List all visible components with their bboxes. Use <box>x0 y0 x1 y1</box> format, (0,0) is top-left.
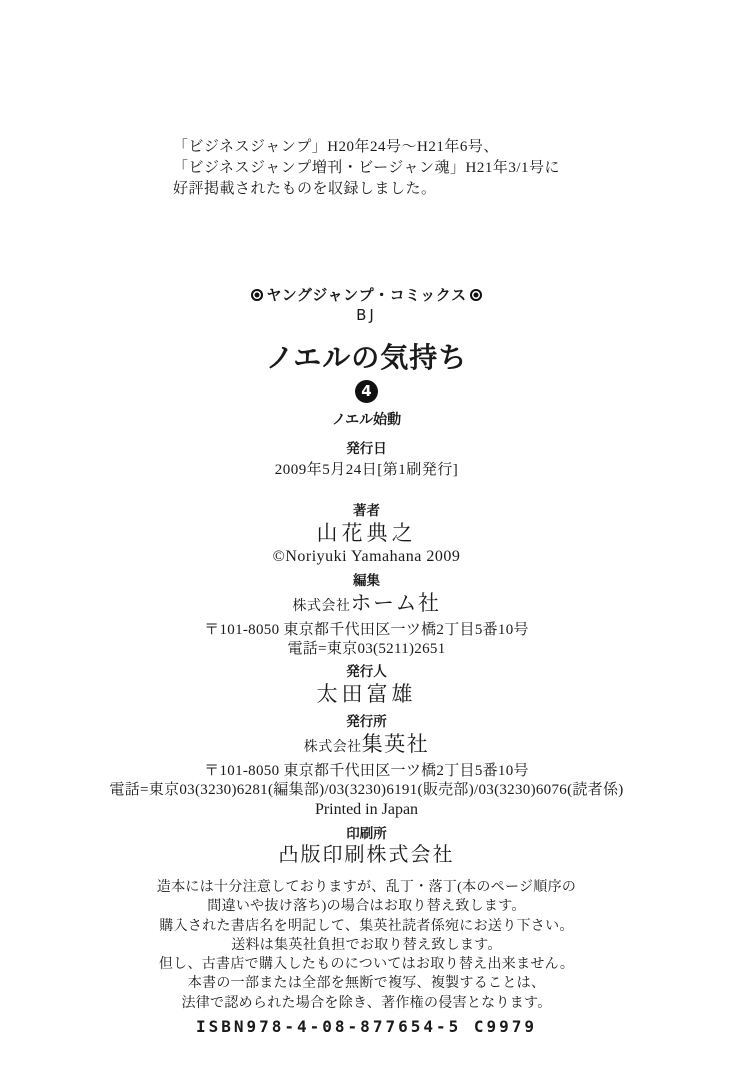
publisher-label: 発行所 <box>0 714 733 730</box>
publisher-company: 株式会社集英社 <box>0 730 733 762</box>
copyright-line: ©Noriyuki Yamahana 2009 <box>0 547 733 567</box>
author-label: 著者 <box>0 503 733 519</box>
serialization-note-line: 「ビジネスジャンプ増刊・ビージャン魂」H21年3/1号に <box>173 158 560 179</box>
author-name: 山花典之 <box>0 519 733 547</box>
imprint-bullet-icon <box>470 289 482 301</box>
publication-date-value: 2009年5月24日[第1刷発行] <box>0 460 733 480</box>
editor-company-prefix: 株式会社 <box>293 599 351 614</box>
legal-notice-line: 法律で認められた場合を除き、著作権の侵害となります。 <box>0 994 733 1013</box>
printer-label: 印刷所 <box>0 826 733 842</box>
publisher-phone: 電話=東京03(3230)6281(編集部)/03(3230)6191(販売部)… <box>0 781 733 800</box>
isbn-line: ISBN978-4-08-877654-5 C9979 <box>0 1017 733 1036</box>
publisher-person-label: 発行人 <box>0 664 733 680</box>
publisher-person-name: 太田富雄 <box>0 680 733 708</box>
serialization-note-line: 好評掲載されたものを収録しました。 <box>173 179 560 200</box>
volume-badge: 4 <box>355 380 378 403</box>
book-title: ノエルの気持ち <box>0 339 733 377</box>
editor-label: 編集 <box>0 573 733 589</box>
imprint-line: ヤングジャンプ・コミックス <box>0 287 733 304</box>
legal-notice-line: 造本には十分注意しておりますが、乱丁・落丁(本のページ順序の <box>0 878 733 897</box>
editor-company-name: ホーム社 <box>351 591 441 615</box>
legal-notice-line: 送料は集英社負担でお取り替え致します。 <box>0 936 733 955</box>
publication-date-label: 発行日 <box>0 441 733 457</box>
imprint-bullet-icon <box>251 289 263 301</box>
serialization-note-line: 「ビジネスジャンプ」H20年24号～H21年6号、 <box>173 137 560 158</box>
publisher-company-name: 集英社 <box>362 732 430 756</box>
legal-notice-line: 但し、古書店で購入したものについてはお取り替え出来ません。 <box>0 955 733 974</box>
imprint-label: ヤングジャンプ・コミックス <box>266 286 466 304</box>
imprint-code: BJ <box>0 307 733 324</box>
colophon-page: 「ビジネスジャンプ」H20年24号～H21年6号、 「ビジネスジャンプ増刊・ビー… <box>0 0 733 1067</box>
publisher-company-prefix: 株式会社 <box>304 740 362 755</box>
legal-notice-line: 購入された書店名を明記して、集英社読者係宛にお送り下さい。 <box>0 917 733 936</box>
editor-company: 株式会社ホーム社 <box>0 589 733 621</box>
printer-name: 凸版印刷株式会社 <box>0 842 733 869</box>
legal-notice-line: 本書の一部または全部を無断で複写、複製することは、 <box>0 974 733 993</box>
book-subtitle: ノエル始動 <box>0 412 733 429</box>
serialization-note: 「ビジネスジャンプ」H20年24号～H21年6号、 「ビジネスジャンプ増刊・ビー… <box>173 0 560 200</box>
publisher-address: 〒101-8050 東京都千代田区一ツ橋2丁目5番10号 <box>0 762 733 781</box>
editor-phone: 電話=東京03(5211)2651 <box>0 640 733 659</box>
legal-notice-line: 間違いや抜け落ち)の場合はお取り替え致します。 <box>0 897 733 916</box>
editor-address: 〒101-8050 東京都千代田区一ツ橋2丁目5番10号 <box>0 621 733 640</box>
legal-notice: 造本には十分注意しておりますが、乱丁・落丁(本のページ順序の 間違いや抜け落ち)… <box>0 878 733 1013</box>
printed-in-japan: Printed in Japan <box>0 800 733 820</box>
